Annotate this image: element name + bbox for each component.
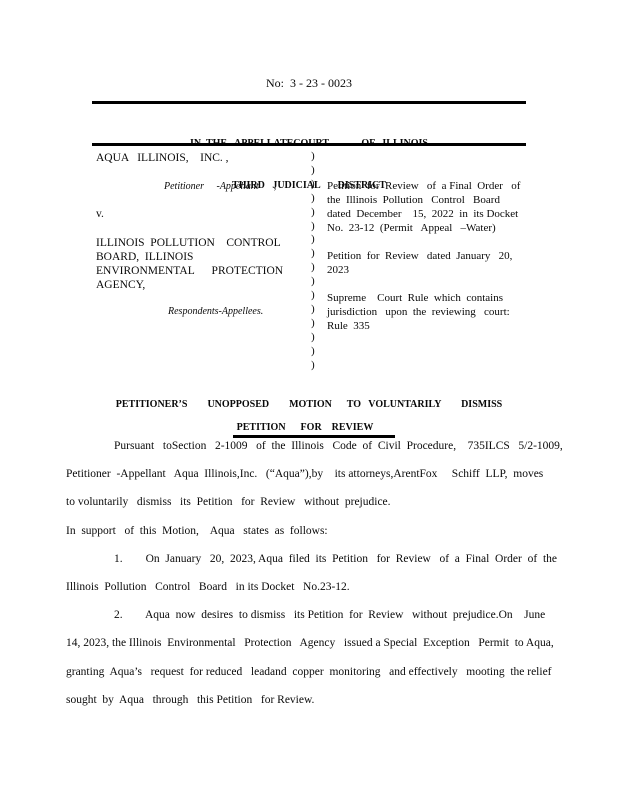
body-line: sought by Aqua through this Petition for… [66, 686, 554, 714]
caption-text-line: Petition for Review dated January 20, [327, 249, 559, 263]
respondent-line: AGENCY, [96, 278, 283, 292]
court-document-page: No: 3 - 23 - 0023 IN THE APPELLATECOURT … [0, 0, 618, 800]
caption-petition-date: Petition for Review dated January 20, 20… [327, 249, 559, 277]
horizontal-rule-caption [92, 143, 526, 146]
caption-text-line: jurisdiction upon the reviewing court: [327, 305, 559, 319]
petitioner-name: AQUA ILLINOIS, INC. , [96, 152, 229, 164]
caption-text-line: No. 23-12 (Permit Appeal –Water) [327, 221, 559, 235]
horizontal-rule-top [92, 101, 526, 104]
respondent-line: BOARD, ILLINOIS [96, 250, 283, 264]
caption-paren-column: ) ) ) ) ) ) ) ) ) ) ) ) ) ) ) ) [311, 150, 315, 373]
body-line: 14, 2023, the Illinois Environmental Pro… [66, 629, 554, 657]
caption-text-line: 2023 [327, 263, 559, 277]
motion-body: Pursuant toSection 2-1009 of the Illinoi… [66, 432, 554, 714]
caption-text-line: the Illinois Pollution Control Board [327, 193, 559, 207]
petitioner-role: Petitioner -Appellant , [164, 181, 276, 192]
caption-order-description: Petition for Review of a Final Order of … [327, 179, 559, 235]
caption-jurisdiction-rule: Supreme Court Rule which contains jurisd… [327, 291, 559, 333]
respondent-names: ILLINOIS POLLUTION CONTROL BOARD, ILLINO… [96, 236, 283, 292]
body-line: In support of this Motion, Aqua states a… [66, 517, 554, 545]
body-line: Petitioner -Appellant Aqua Illinois,Inc.… [66, 460, 554, 488]
caption-text-line: Rule 335 [327, 319, 559, 333]
body-line-numbered-2: 2. Aqua now desires to dismiss its Petit… [66, 601, 554, 629]
body-line: granting Aqua’s request for reduced lead… [66, 658, 554, 686]
caption-text-line: Supreme Court Rule which contains [327, 291, 559, 305]
docket-number: No: 3 - 23 - 0023 [0, 76, 618, 91]
body-line: Illinois Pollution Control Board in its … [66, 573, 554, 601]
respondent-line: ENVIRONMENTAL PROTECTION [96, 264, 283, 278]
respondent-line: ILLINOIS POLLUTION CONTROL [96, 236, 283, 250]
respondents-role: Respondents-Appellees. [168, 306, 263, 317]
versus-abbreviation: v. [96, 208, 104, 220]
body-line: to voluntarily dismiss its Petition for … [66, 488, 554, 516]
caption-text-line: dated December 15, 2022 in its Docket [327, 207, 559, 221]
caption-text-line: Petition for Review of a Final Order of [327, 179, 559, 193]
body-line: Pursuant toSection 2-1009 of the Illinoi… [66, 432, 554, 460]
body-line-numbered-1: 1. On January 20, 2023, Aqua filed its P… [66, 545, 554, 573]
